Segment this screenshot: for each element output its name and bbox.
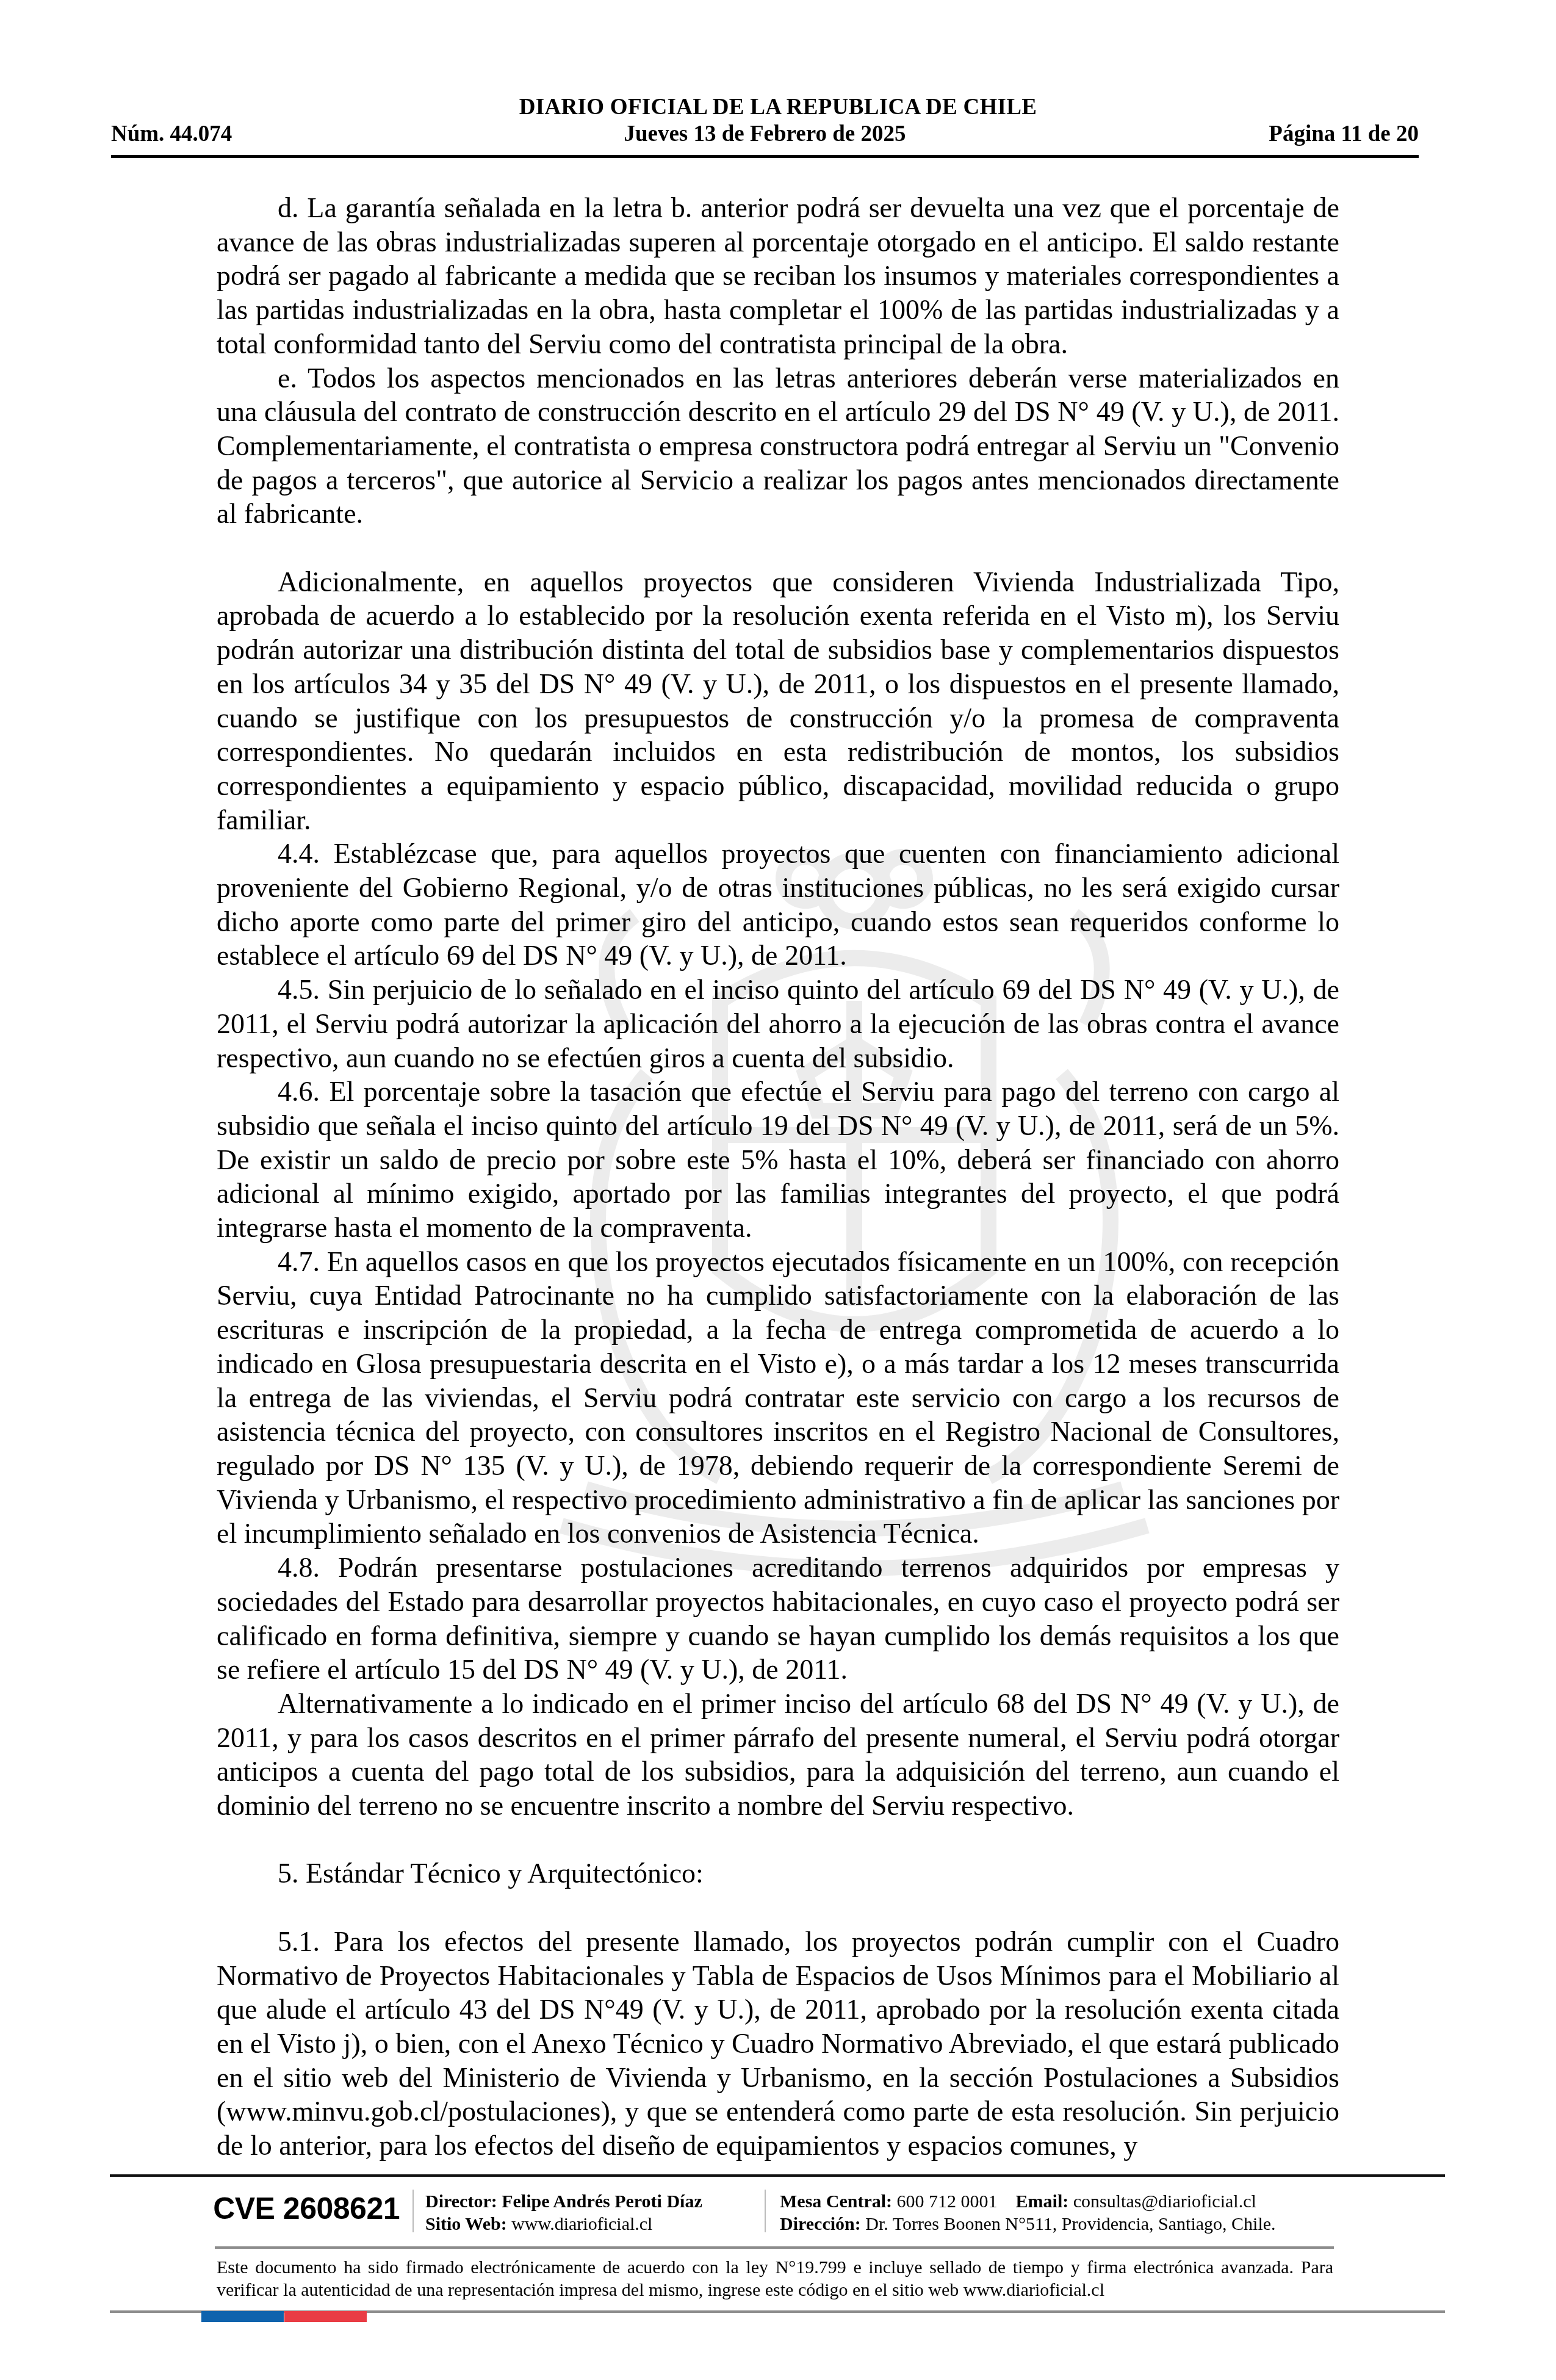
footer-inner-divider bbox=[215, 2246, 1334, 2249]
paragraph-d: d. La garantía señalada en la letra b. a… bbox=[217, 191, 1339, 361]
footer-separator-2 bbox=[765, 2190, 766, 2232]
paragraph-4-4: 4.4. Establézcase que, para aquellos pro… bbox=[217, 837, 1339, 973]
footer-separator-1 bbox=[412, 2190, 414, 2232]
footer-director-block: Director: Felipe Andrés Peroti Díaz Siti… bbox=[425, 2190, 702, 2235]
publication-title: DIARIO OFICIAL DE LA REPUBLICA DE CHILE bbox=[0, 94, 1556, 120]
footer-contact-block: Mesa Central: 600 712 0001 Email: consul… bbox=[780, 2190, 1276, 2235]
email-link[interactable]: consultas@diarioficial.cl bbox=[1073, 2191, 1256, 2212]
flag-stripe-red bbox=[284, 2311, 367, 2322]
director-label: Director: bbox=[425, 2191, 497, 2212]
document-body: d. La garantía señalada en la letra b. a… bbox=[217, 191, 1339, 2163]
flag-stripe-blue bbox=[201, 2311, 284, 2322]
header-divider bbox=[111, 155, 1419, 158]
footer-divider bbox=[110, 2174, 1445, 2177]
address-label: Dirección: bbox=[780, 2214, 861, 2234]
section-heading-5: 5. Estándar Técnico y Arquitectónico: bbox=[217, 1856, 1339, 1891]
website-link[interactable]: www.diarioficial.cl bbox=[511, 2214, 652, 2234]
paragraph-4-7: 4.7. En aquellos casos en que los proyec… bbox=[217, 1245, 1339, 1551]
paragraph-adicionalmente: Adicionalmente, en aquellos proyectos qu… bbox=[217, 565, 1339, 837]
page-indicator: Página 11 de 20 bbox=[1269, 121, 1419, 147]
issue-date: Jueves 13 de Febrero de 2025 bbox=[111, 121, 1419, 147]
paragraph-4-8: 4.8. Podrán presentarse postulaciones ac… bbox=[217, 1551, 1339, 1687]
document-page: DIARIO OFICIAL DE LA REPUBLICA DE CHILE … bbox=[0, 0, 1556, 2380]
address-value: Dr. Torres Boonen N°511, Providencia, Sa… bbox=[865, 2214, 1275, 2234]
email-label: Email: bbox=[1016, 2191, 1069, 2212]
paragraph-alternativamente: Alternativamente a lo indicado en el pri… bbox=[217, 1687, 1339, 1823]
legal-notice: Este documento ha sido firmado electróni… bbox=[217, 2256, 1333, 2301]
director-value: Felipe Andrés Peroti Díaz bbox=[502, 2191, 702, 2212]
phone-value: 600 712 0001 bbox=[897, 2191, 998, 2212]
paragraph-5-1: 5.1. Para los efectos del presente llama… bbox=[217, 1925, 1339, 2163]
cve-code: CVE 2608621 bbox=[153, 2191, 400, 2226]
website-label: Sitio Web: bbox=[425, 2214, 507, 2234]
paragraph-4-5: 4.5. Sin perjuicio de lo señalado en el … bbox=[217, 973, 1339, 1075]
phone-label: Mesa Central: bbox=[780, 2191, 892, 2212]
paragraph-e: e. Todos los aspectos mencionados en las… bbox=[217, 361, 1339, 532]
header-row: Núm. 44.074 Jueves 13 de Febrero de 2025… bbox=[111, 121, 1419, 148]
paragraph-4-6: 4.6. El porcentaje sobre la tasación que… bbox=[217, 1075, 1339, 1245]
